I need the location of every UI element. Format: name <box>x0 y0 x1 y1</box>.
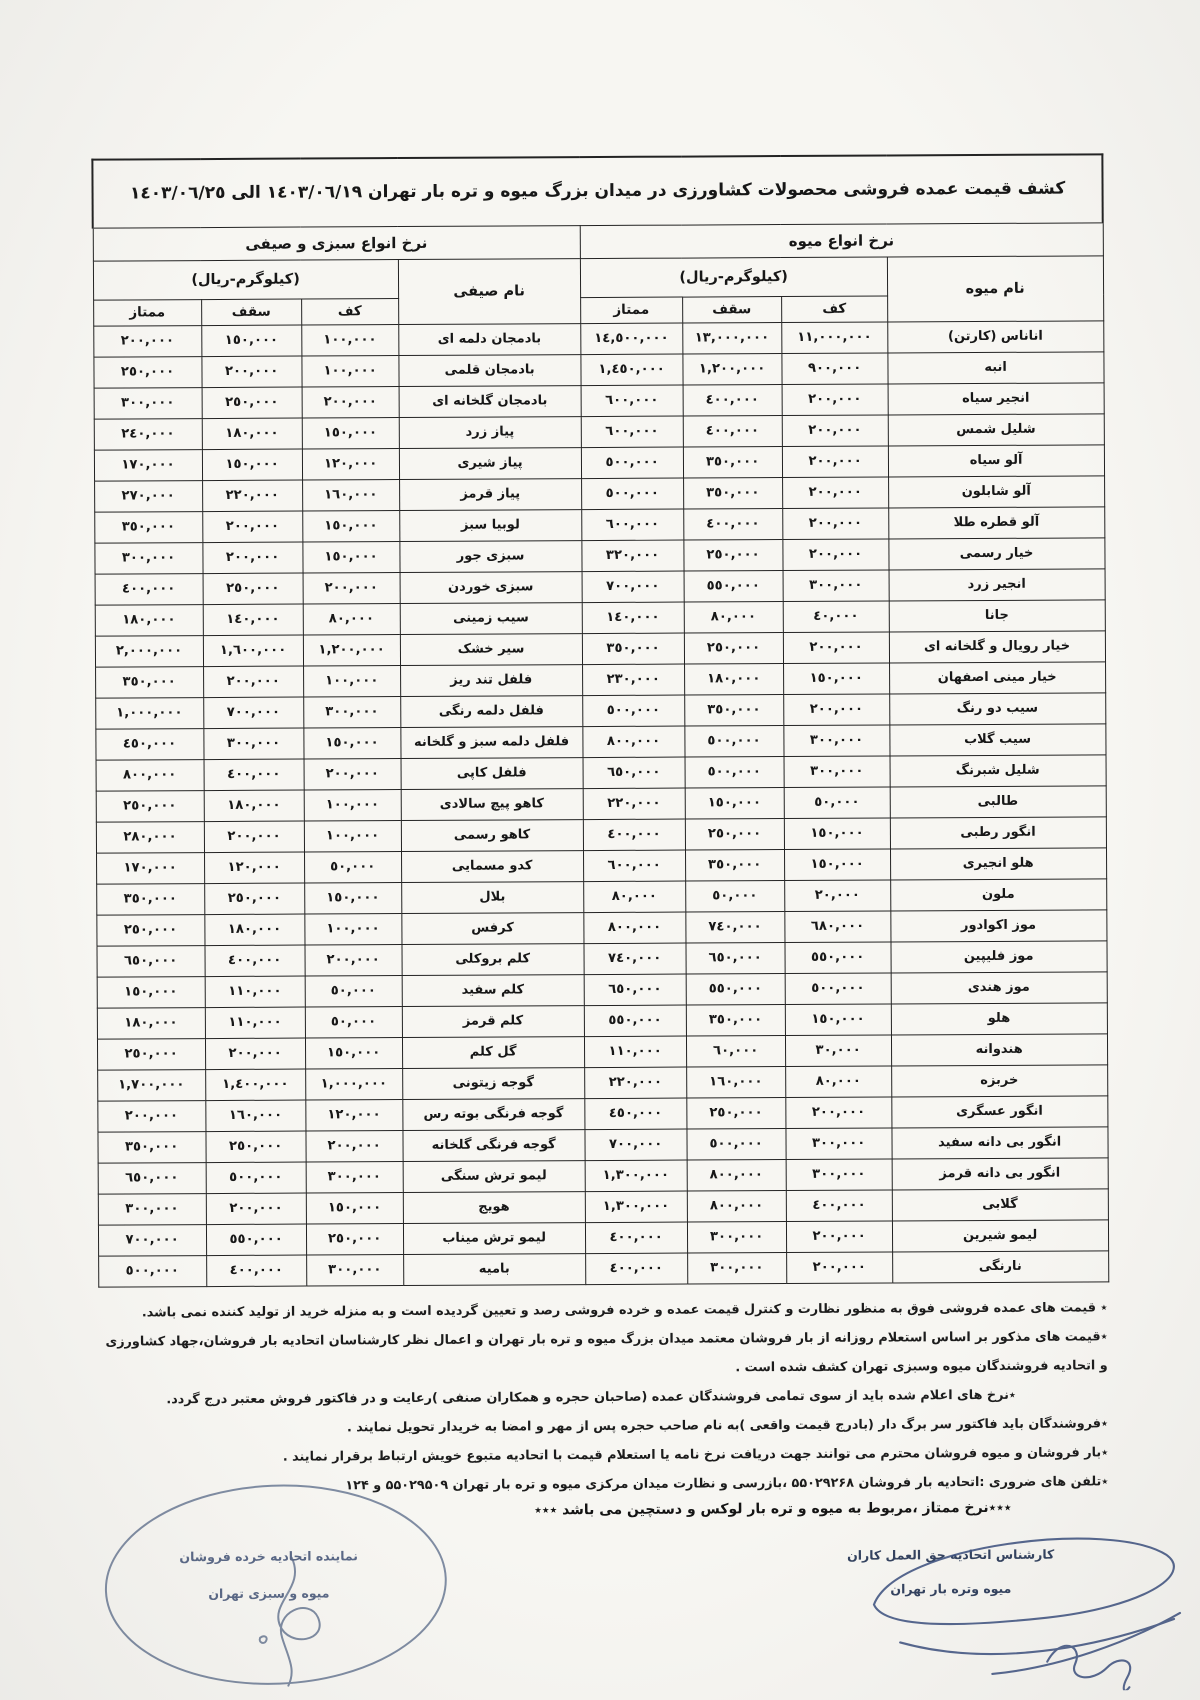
fruit-unit-header: (کیلوگرم-ریال) <box>580 256 887 297</box>
fruit-floor-cell: ٢٠٠,٠٠٠ <box>782 507 888 539</box>
veg-name-cell: بادمجان گلخانه ای <box>399 385 581 417</box>
veg-floor-cell: ٣٠٠,٠٠٠ <box>303 696 400 728</box>
veg-premium-cell: ١٧٠,٠٠٠ <box>96 852 204 884</box>
veg-ceiling-cell: ٢٠٠,٠٠٠ <box>202 356 302 388</box>
veg-floor-cell: ٥٠,٠٠٠ <box>305 975 402 1007</box>
fruit-floor-cell: ٢٠,٠٠٠ <box>784 879 890 911</box>
veg-premium-cell: ٢٤٠,٠٠٠ <box>94 418 202 450</box>
fruit-premium-header: ممتاز <box>580 297 682 324</box>
veg-ceiling-cell: ١٤٠,٠٠٠ <box>203 604 303 636</box>
fruit-floor-cell: ٢٠٠,٠٠٠ <box>786 1251 892 1283</box>
veg-floor-cell: ٢٠٠,٠٠٠ <box>303 572 400 604</box>
veg-floor-cell: ٣٠٠,٠٠٠ <box>306 1254 403 1286</box>
fruit-floor-cell: ٢٠٠,٠٠٠ <box>783 631 889 663</box>
veg-floor-cell: ١٥٠,٠٠٠ <box>302 541 399 573</box>
fruit-name-cell: خیار رویال و گلخانه ای <box>889 630 1105 662</box>
veg-floor-cell: ١٢٠,٠٠٠ <box>305 1099 402 1131</box>
fruit-name-cell: شلیل شمس <box>888 413 1104 445</box>
veg-name-cell: کاهو رسمی <box>401 819 583 851</box>
fruit-ceiling-cell: ٣٥٠,٠٠٠ <box>684 694 783 726</box>
veg-floor-cell: ١٠٠,٠٠٠ <box>304 789 401 821</box>
signature-left-dot <box>260 1636 267 1643</box>
fruit-name-cell: انبه <box>888 351 1104 383</box>
veg-floor-cell: ٥٠,٠٠٠ <box>304 851 401 883</box>
fruit-name-cell: اناناس (کارتن) <box>887 320 1103 352</box>
veg-premium-cell: ٣٠٠,٠٠٠ <box>94 542 202 574</box>
fruit-ceiling-cell: ١٣,٠٠٠,٠٠٠ <box>682 322 781 354</box>
veg-premium-cell: ٧٠٠,٠٠٠ <box>98 1224 206 1256</box>
veg-premium-cell: ٢٥٠,٠٠٠ <box>93 356 201 388</box>
fruit-premium-cell: ٤٠٠,٠٠٠ <box>585 1222 687 1254</box>
veg-ceiling-cell: ١٥٠,٠٠٠ <box>201 325 301 357</box>
veg-name-cell: لیمو ترش سنگی <box>403 1160 585 1192</box>
signature-right-oval <box>874 1538 1175 1624</box>
fruit-ceiling-cell: ٥٠٠,٠٠٠ <box>685 756 784 788</box>
fruit-premium-cell: ٦٥٠,٠٠٠ <box>583 757 685 789</box>
veg-premium-cell: ٥٠٠,٠٠٠ <box>98 1255 206 1287</box>
veg-premium-cell: ٣٥٠,٠٠٠ <box>97 1131 205 1163</box>
fruit-name-cell: انگور رطبی <box>890 816 1106 848</box>
fruit-floor-cell: ٥٥٠,٠٠٠ <box>785 941 891 973</box>
veg-floor-cell: ١٢٠,٠٠٠ <box>302 448 399 480</box>
fruit-premium-cell: ٨٠٠,٠٠٠ <box>582 726 684 758</box>
veg-premium-cell: ٢٥٠,٠٠٠ <box>97 1038 205 1070</box>
fruit-name-cell: گلابی <box>892 1188 1108 1220</box>
fruit-name-cell: موز اکوادور <box>890 909 1106 941</box>
fruit-floor-cell: ٥٠٠,٠٠٠ <box>785 972 891 1004</box>
veg-ceiling-cell: ٢٥٠,٠٠٠ <box>206 1131 306 1163</box>
veg-ceiling-cell: ٢٥٠,٠٠٠ <box>202 387 302 419</box>
fruit-name-cell: خیار رسمی <box>888 537 1104 569</box>
fruit-ceiling-cell: ٦٠,٠٠٠ <box>686 1035 785 1067</box>
veg-name-cell: کرفس <box>401 912 583 944</box>
fruit-floor-cell: ٢٠٠,٠٠٠ <box>782 445 888 477</box>
fruit-ceiling-cell: ٢٥٠,٠٠٠ <box>684 632 783 664</box>
veg-name-cell: گوجه فرنگی گلخانه <box>403 1129 585 1161</box>
veg-premium-cell: ٣٠٠,٠٠٠ <box>98 1193 206 1225</box>
fruit-premium-cell: ٦٠٠,٠٠٠ <box>581 385 683 417</box>
fruit-premium-cell: ٦٠٠,٠٠٠ <box>583 850 685 882</box>
fruit-premium-cell: ٧٤٠,٠٠٠ <box>584 943 686 975</box>
veg-ceiling-cell: ٣٠٠,٠٠٠ <box>203 728 303 760</box>
veg-premium-cell: ١٧٠,٠٠٠ <box>94 449 202 481</box>
veg-floor-cell: ٥٠,٠٠٠ <box>305 1006 402 1038</box>
veg-premium-cell: ٣٠٠,٠٠٠ <box>94 387 202 419</box>
fruit-name-cell: شلیل شبرنگ <box>890 754 1106 786</box>
veg-name-cell: هویج <box>403 1191 585 1223</box>
veg-ceiling-cell: ٢٠٠,٠٠٠ <box>205 1038 305 1070</box>
fruit-ceiling-cell: ٣٥٠,٠٠٠ <box>683 446 782 478</box>
fruit-name-cell: هلو <box>891 1002 1107 1034</box>
veg-ceiling-cell: ١,٦٠٠,٠٠٠ <box>203 635 303 667</box>
fruit-floor-cell: ٣٠٠,٠٠٠ <box>786 1127 892 1159</box>
fruit-ceiling-cell: ٧٤٠,٠٠٠ <box>685 911 784 943</box>
fruit-ceiling-cell: ٣٥٠,٠٠٠ <box>683 477 782 509</box>
fruit-premium-cell: ٥٠٠,٠٠٠ <box>581 478 683 510</box>
fruit-ceiling-cell: ٨٠٠,٠٠٠ <box>687 1159 786 1191</box>
veg-name-cell: پیاز شیری <box>399 447 581 479</box>
signature-left-line2: میوه و سبزی تهران <box>154 1574 384 1612</box>
veg-ceiling-cell: ٧٠٠,٠٠٠ <box>203 697 303 729</box>
veg-name-cell: فلفل تند ریز <box>400 664 582 696</box>
price-table-body: اناناس (کارتن)١١,٠٠٠,٠٠٠١٣,٠٠٠,٠٠٠١٤,٥٠٠… <box>93 320 1108 1286</box>
fruit-premium-cell: ١,٣٠٠,٠٠٠ <box>585 1191 687 1223</box>
fruit-premium-cell: ١٤,٥٠٠,٠٠٠ <box>580 323 682 355</box>
unit-header-row: نام میوه (کیلوگرم-ریال) نام صیفی (کیلوگر… <box>93 255 1103 299</box>
fruit-floor-cell: ٢٠٠,٠٠٠ <box>785 1096 891 1128</box>
veg-name-cell: کلم سفید <box>402 974 584 1006</box>
veg-name-cell: فلفل کاپی <box>401 757 583 789</box>
fruit-ceiling-cell: ٢٥٠,٠٠٠ <box>685 818 784 850</box>
fruit-premium-cell: ٤٠٠,٠٠٠ <box>585 1253 687 1285</box>
veg-premium-cell: ١,٠٠٠,٠٠٠ <box>95 697 203 729</box>
veg-name-cell: بامیه <box>403 1253 585 1285</box>
fruit-floor-cell: ٢٠٠,٠٠٠ <box>782 476 888 508</box>
veg-name-cell: سیر خشک <box>400 633 582 665</box>
fruit-floor-cell: ٤٠٠,٠٠٠ <box>786 1189 892 1221</box>
veg-name-cell: گوجه زیتونی <box>402 1067 584 1099</box>
fruit-ceiling-cell: ٤٠٠,٠٠٠ <box>683 415 782 447</box>
fruit-floor-cell: ٢٠٠,٠٠٠ <box>782 538 888 570</box>
fruit-premium-cell: ٤٥٠,٠٠٠ <box>584 1098 686 1130</box>
veg-premium-cell: ٢,٠٠٠,٠٠٠ <box>95 635 203 667</box>
fruit-name-cell: طالبی <box>890 785 1106 817</box>
veg-premium-header: ممتاز <box>93 299 201 326</box>
fruit-ceiling-cell: ٢٥٠,٠٠٠ <box>683 539 782 571</box>
fruit-name-cell: جانا <box>889 599 1105 631</box>
fruit-name-cell: انگور عسگری <box>891 1095 1107 1127</box>
veg-ceiling-cell: ١,٤٠٠,٠٠٠ <box>205 1069 305 1101</box>
fruit-floor-cell: ١٥٠,٠٠٠ <box>784 848 890 880</box>
scanned-price-bulletin: { "title": "کشف قیمت عمده فروشی محصولات … <box>0 0 1200 1700</box>
fruit-name-cell: هندوانه <box>891 1033 1107 1065</box>
veg-floor-cell: ١٠٠,٠٠٠ <box>303 665 400 697</box>
veg-premium-cell: ٨٠٠,٠٠٠ <box>96 759 204 791</box>
section-header-row: نرخ انواع میوه نرخ انواع سبزی و صیفی <box>93 222 1103 260</box>
veg-ceiling-cell: ٥٥٠,٠٠٠ <box>206 1224 306 1256</box>
fruit-ceiling-cell: ٣٠٠,٠٠٠ <box>687 1221 786 1253</box>
fruit-premium-cell: ١,٣٠٠,٠٠٠ <box>585 1160 687 1192</box>
veg-premium-cell: ٢٧٠,٠٠٠ <box>94 480 202 512</box>
fruit-premium-cell: ٥٠٠,٠٠٠ <box>582 695 684 727</box>
veg-premium-cell: ٣٥٠,٠٠٠ <box>95 666 203 698</box>
fruit-ceiling-cell: ١٦٠,٠٠٠ <box>686 1066 785 1098</box>
veg-floor-cell: ١٠٠,٠٠٠ <box>304 820 401 852</box>
fruit-premium-cell: ٢٢٠,٠٠٠ <box>584 1067 686 1099</box>
veg-floor-cell: ١٥٠,٠٠٠ <box>304 882 401 914</box>
veg-ceiling-cell: ٤٠٠,٠٠٠ <box>205 945 305 977</box>
fruit-premium-cell: ٦٠٠,٠٠٠ <box>581 509 683 541</box>
veg-name-cell: فلفل دلمه سبز و گلخانه <box>400 726 582 758</box>
fruit-name-cell: آلو شابلون <box>888 475 1104 507</box>
fruit-premium-cell: ١١٠,٠٠٠ <box>584 1036 686 1068</box>
fruit-premium-cell: ٦٠٠,٠٠٠ <box>581 416 683 448</box>
fruit-name-cell: انجیر زرد <box>889 568 1105 600</box>
fruit-ceiling-cell: ٨٠٠,٠٠٠ <box>687 1190 786 1222</box>
veg-ceiling-cell: ١٥٠,٠٠٠ <box>202 449 302 481</box>
fruit-name-cell: هلو انجیری <box>890 847 1106 879</box>
fruit-premium-cell: ٥٥٠,٠٠٠ <box>584 1005 686 1037</box>
veg-premium-cell: ٤٠٠,٠٠٠ <box>95 573 203 605</box>
fruit-premium-cell: ٢٢٠,٠٠٠ <box>583 788 685 820</box>
fruit-floor-cell: ١٥٠,٠٠٠ <box>785 1003 891 1035</box>
veg-name-cell: سیب زمینی <box>400 602 582 634</box>
signature-right-flourish <box>841 1515 1200 1692</box>
fruit-name-cell: آلو قطره طلا <box>888 506 1104 538</box>
veg-floor-cell: ١٥٠,٠٠٠ <box>303 727 400 759</box>
veg-name-cell: سبزی جور <box>399 540 581 572</box>
veg-ceiling-cell: ٢٠٠,٠٠٠ <box>204 821 304 853</box>
fruit-name-cell: خیار مینی اصفهان <box>889 661 1105 693</box>
veg-premium-cell: ١٥٠,٠٠٠ <box>97 976 205 1008</box>
table-row: نارنگی٢٠٠,٠٠٠٣٠٠,٠٠٠٤٠٠,٠٠٠بامیه٣٠٠,٠٠٠٤… <box>98 1250 1108 1286</box>
fruit-floor-cell: ١٥٠,٠٠٠ <box>784 817 890 849</box>
fruit-premium-cell: ٨٠٠,٠٠٠ <box>583 912 685 944</box>
veg-ceiling-cell: ١١٠,٠٠٠ <box>205 976 305 1008</box>
veg-ceiling-cell: ٢٠٠,٠٠٠ <box>206 1193 306 1225</box>
fruit-floor-cell: ٤٠,٠٠٠ <box>783 600 889 632</box>
fruit-premium-cell: ١٤٠,٠٠٠ <box>582 602 684 634</box>
fruit-floor-cell: ٢٠٠,٠٠٠ <box>783 693 889 725</box>
veg-name-cell: پیاز قرمز <box>399 478 581 510</box>
veg-name-cell: لوبیا سبز <box>399 509 581 541</box>
veg-name-cell: لیمو ترش میناب <box>403 1222 585 1254</box>
veg-floor-cell: ١٥٠,٠٠٠ <box>306 1192 403 1224</box>
document-title: کشف قیمت عمده فروشی محصولات کشاورزی در م… <box>92 154 1102 227</box>
veg-ceiling-cell: ٢٥٠,٠٠٠ <box>203 573 303 605</box>
fruit-name-cell: سیب دو رنگ <box>889 692 1105 724</box>
veg-premium-cell: ٢٥٠,٠٠٠ <box>96 790 204 822</box>
price-table: کشف قیمت عمده فروشی محصولات کشاورزی در م… <box>91 153 1109 1287</box>
veg-premium-cell: ٢٠٠,٠٠٠ <box>97 1100 205 1132</box>
fruit-floor-cell: ٣٠٠,٠٠٠ <box>784 755 890 787</box>
signature-left-text: نماینده اتحادیه خرده فروشان میوه و سبزی … <box>154 1537 384 1612</box>
fruit-ceiling-cell: ٣٥٠,٠٠٠ <box>686 1004 785 1036</box>
fruit-floor-cell: ٣٠٠,٠٠٠ <box>783 724 889 756</box>
veg-ceiling-cell: ٢٢٠,٠٠٠ <box>202 480 302 512</box>
veg-ceiling-cell: ٥٠٠,٠٠٠ <box>206 1162 306 1194</box>
veg-floor-cell: ٢٠٠,٠٠٠ <box>305 944 402 976</box>
fruit-name-cell: خربزه <box>891 1064 1107 1096</box>
fruit-ceiling-header: سقف <box>682 296 781 323</box>
veg-name-cell: کاهو پیچ سالادی <box>401 788 583 820</box>
fruit-name-cell: لیمو شیرین <box>892 1219 1108 1251</box>
veg-name-cell: کلم بروکلی <box>402 943 584 975</box>
fruit-name-cell: ملون <box>890 878 1106 910</box>
veg-floor-cell: ١٠٠,٠٠٠ <box>301 324 398 356</box>
fruit-floor-cell: ٢٠٠,٠٠٠ <box>782 414 888 446</box>
fruit-premium-cell: ٣٥٠,٠٠٠ <box>582 633 684 665</box>
fruit-floor-cell: ٥٠,٠٠٠ <box>784 786 890 818</box>
veg-floor-cell: ٢٥٠,٠٠٠ <box>306 1223 403 1255</box>
fruit-floor-cell: ٣٠٠,٠٠٠ <box>783 569 889 601</box>
veg-floor-cell: ٣٠٠,٠٠٠ <box>306 1161 403 1193</box>
section-veg-header: نرخ انواع سبزی و صیفی <box>93 225 580 261</box>
fruit-name-cell: انگور بی دانه قرمز <box>892 1157 1108 1189</box>
veg-name-cell: بلال <box>401 881 583 913</box>
fruit-ceiling-cell: ١,٢٠٠,٠٠٠ <box>683 353 782 385</box>
veg-unit-header: (کیلوگرم-ریال) <box>93 259 398 300</box>
footnotes: ٭ قیمت های عمده فروشی فوق به منظور نظارت… <box>97 1293 1108 1501</box>
title-row: کشف قیمت عمده فروشی محصولات کشاورزی در م… <box>92 154 1102 227</box>
veg-ceiling-cell: ٢٠٠,٠٠٠ <box>203 666 303 698</box>
veg-name-column-header: نام صیفی <box>398 258 580 324</box>
veg-floor-cell: ١٥٠,٠٠٠ <box>302 510 399 542</box>
veg-ceiling-cell: ٢٠٠,٠٠٠ <box>202 511 302 543</box>
fruit-ceiling-cell: ٦٥٠,٠٠٠ <box>686 942 785 974</box>
veg-premium-cell: ٣٥٠,٠٠٠ <box>96 883 204 915</box>
fruit-ceiling-cell: ٤٠٠,٠٠٠ <box>683 384 782 416</box>
veg-name-cell: سبزی خوردن <box>400 571 582 603</box>
veg-ceiling-cell: ١٢٠,٠٠٠ <box>204 852 304 884</box>
veg-name-cell: پیاز زرد <box>399 416 581 448</box>
fruit-name-cell: سیب گلاب <box>889 723 1105 755</box>
fruit-floor-header: کف <box>781 295 887 322</box>
veg-floor-cell: ١,٢٠٠,٠٠٠ <box>303 634 400 666</box>
fruit-premium-cell: ١,٤٥٠,٠٠٠ <box>581 354 683 386</box>
fruit-premium-cell: ٧٠٠,٠٠٠ <box>585 1129 687 1161</box>
veg-floor-cell: ١٠٠,٠٠٠ <box>304 913 401 945</box>
fruit-ceiling-cell: ٥٠٠,٠٠٠ <box>684 725 783 757</box>
veg-premium-cell: ٢٥٠,٠٠٠ <box>96 914 204 946</box>
veg-ceiling-cell: ١٦٠,٠٠٠ <box>205 1100 305 1132</box>
fruit-premium-cell: ٥٠٠,٠٠٠ <box>581 447 683 479</box>
veg-ceiling-cell: ١٨٠,٠٠٠ <box>204 790 304 822</box>
veg-floor-cell: ١٠٠,٠٠٠ <box>302 355 399 387</box>
veg-premium-cell: ٣٥٠,٠٠٠ <box>94 511 202 543</box>
footnote-line: ٭قیمت های مذکور بر اساس استعلام روزانه ا… <box>97 1322 1107 1385</box>
veg-premium-cell: ١,٧٠٠,٠٠٠ <box>97 1069 205 1101</box>
fruit-name-cell: آلو سیاه <box>888 444 1104 476</box>
fruit-ceiling-cell: ٨٠,٠٠٠ <box>684 601 783 633</box>
fruit-ceiling-cell: ٢٥٠,٠٠٠ <box>686 1097 785 1129</box>
veg-floor-header: کف <box>301 298 398 325</box>
fruit-floor-cell: ٨٠,٠٠٠ <box>785 1065 891 1097</box>
fruit-ceiling-cell: ٣٠٠,٠٠٠ <box>687 1252 786 1284</box>
fruit-floor-cell: ٣٠٠,٠٠٠ <box>786 1158 892 1190</box>
veg-floor-cell: ٢٠٠,٠٠٠ <box>304 758 401 790</box>
fruit-name-cell: انگور بی دانه سفید <box>892 1126 1108 1158</box>
fruit-ceiling-cell: ٣٥٠,٠٠٠ <box>685 849 784 881</box>
fruit-premium-cell: ٤٠٠,٠٠٠ <box>583 819 685 851</box>
fruit-name-cell: موز هندی <box>891 971 1107 1003</box>
veg-premium-cell: ١٨٠,٠٠٠ <box>97 1007 205 1039</box>
fruit-premium-cell: ٨٠,٠٠٠ <box>583 881 685 913</box>
fruit-floor-cell: ٢٠٠,٠٠٠ <box>786 1220 892 1252</box>
signature-left-line1: نماینده اتحادیه خرده فروشان <box>154 1537 384 1575</box>
veg-name-cell: کدو مسمایی <box>401 850 583 882</box>
fruit-floor-cell: ٦٨٠,٠٠٠ <box>784 910 890 942</box>
fruit-floor-cell: ٣٠,٠٠٠ <box>785 1034 891 1066</box>
fruit-premium-cell: ٣٢٠,٠٠٠ <box>581 540 683 572</box>
fruit-name-cell: موز فلیپین <box>891 940 1107 972</box>
fruit-floor-cell: ٩٠٠,٠٠٠ <box>782 352 888 384</box>
fruit-premium-cell: ٢٣٠,٠٠٠ <box>582 664 684 696</box>
veg-name-cell: بادمجان قلمی <box>399 354 581 386</box>
veg-floor-cell: ١٦٠,٠٠٠ <box>302 479 399 511</box>
section-fruit-header: نرخ انواع میوه <box>580 222 1103 258</box>
paper-sheet: کشف قیمت عمده فروشی محصولات کشاورزی در م… <box>0 0 1200 1700</box>
veg-name-cell: گل کلم <box>402 1036 584 1068</box>
veg-floor-cell: ٨٠,٠٠٠ <box>303 603 400 635</box>
fruit-premium-cell: ٦٥٠,٠٠٠ <box>584 974 686 1006</box>
fruit-floor-cell: ١٥٠,٠٠٠ <box>783 662 889 694</box>
veg-name-cell: بادمجان دلمه ای <box>398 323 580 355</box>
veg-premium-cell: ٢٨٠,٠٠٠ <box>96 821 204 853</box>
fruit-ceiling-cell: ٤٠٠,٠٠٠ <box>683 508 782 540</box>
veg-ceiling-cell: ٢٠٠,٠٠٠ <box>202 542 302 574</box>
veg-premium-cell: ٤٥٠,٠٠٠ <box>95 728 203 760</box>
veg-ceiling-cell: ١٨٠,٠٠٠ <box>202 418 302 450</box>
veg-ceiling-cell: ١٨٠,٠٠٠ <box>204 914 304 946</box>
fruit-name-cell: انجیر سیاه <box>888 382 1104 414</box>
veg-floor-cell: ٢٠٠,٠٠٠ <box>306 1130 403 1162</box>
fruit-ceiling-cell: ٥٠٠,٠٠٠ <box>687 1128 786 1160</box>
fruit-name-cell: نارنگی <box>892 1250 1108 1282</box>
veg-ceiling-cell: ٤٠٠,٠٠٠ <box>204 759 304 791</box>
fruit-ceiling-cell: ١٥٠,٠٠٠ <box>685 787 784 819</box>
veg-premium-cell: ٦٥٠,٠٠٠ <box>98 1162 206 1194</box>
fruit-premium-cell: ٧٠٠,٠٠٠ <box>582 571 684 603</box>
veg-premium-cell: ٦٥٠,٠٠٠ <box>96 945 204 977</box>
veg-ceiling-cell: ٢٥٠,٠٠٠ <box>204 883 304 915</box>
veg-premium-cell: ٢٠٠,٠٠٠ <box>93 325 201 357</box>
veg-floor-cell: ١,٠٠٠,٠٠٠ <box>305 1068 402 1100</box>
fruit-floor-cell: ١١,٠٠٠,٠٠٠ <box>781 321 887 353</box>
veg-name-cell: گوجه فرنگی بوته رس <box>402 1098 584 1130</box>
fruit-ceiling-cell: ٥٥٠,٠٠٠ <box>686 973 785 1005</box>
veg-floor-cell: ١٥٠,٠٠٠ <box>305 1037 402 1069</box>
fruit-floor-cell: ٢٠٠,٠٠٠ <box>782 383 888 415</box>
veg-premium-cell: ١٨٠,٠٠٠ <box>95 604 203 636</box>
fruit-ceiling-cell: ٥٠,٠٠٠ <box>685 880 784 912</box>
veg-floor-cell: ١٥٠,٠٠٠ <box>302 417 399 449</box>
veg-floor-cell: ٢٠٠,٠٠٠ <box>302 386 399 418</box>
veg-ceiling-cell: ٤٠٠,٠٠٠ <box>206 1255 306 1287</box>
fruit-ceiling-cell: ١٨٠,٠٠٠ <box>684 663 783 695</box>
fruit-ceiling-cell: ٥٥٠,٠٠٠ <box>684 570 783 602</box>
veg-ceiling-cell: ١١٠,٠٠٠ <box>205 1007 305 1039</box>
veg-name-cell: فلفل دلمه رنگی <box>400 695 582 727</box>
veg-ceiling-header: سقف <box>201 299 301 326</box>
veg-name-cell: کلم قرمز <box>402 1005 584 1037</box>
fruit-name-column-header: نام میوه <box>887 255 1103 321</box>
